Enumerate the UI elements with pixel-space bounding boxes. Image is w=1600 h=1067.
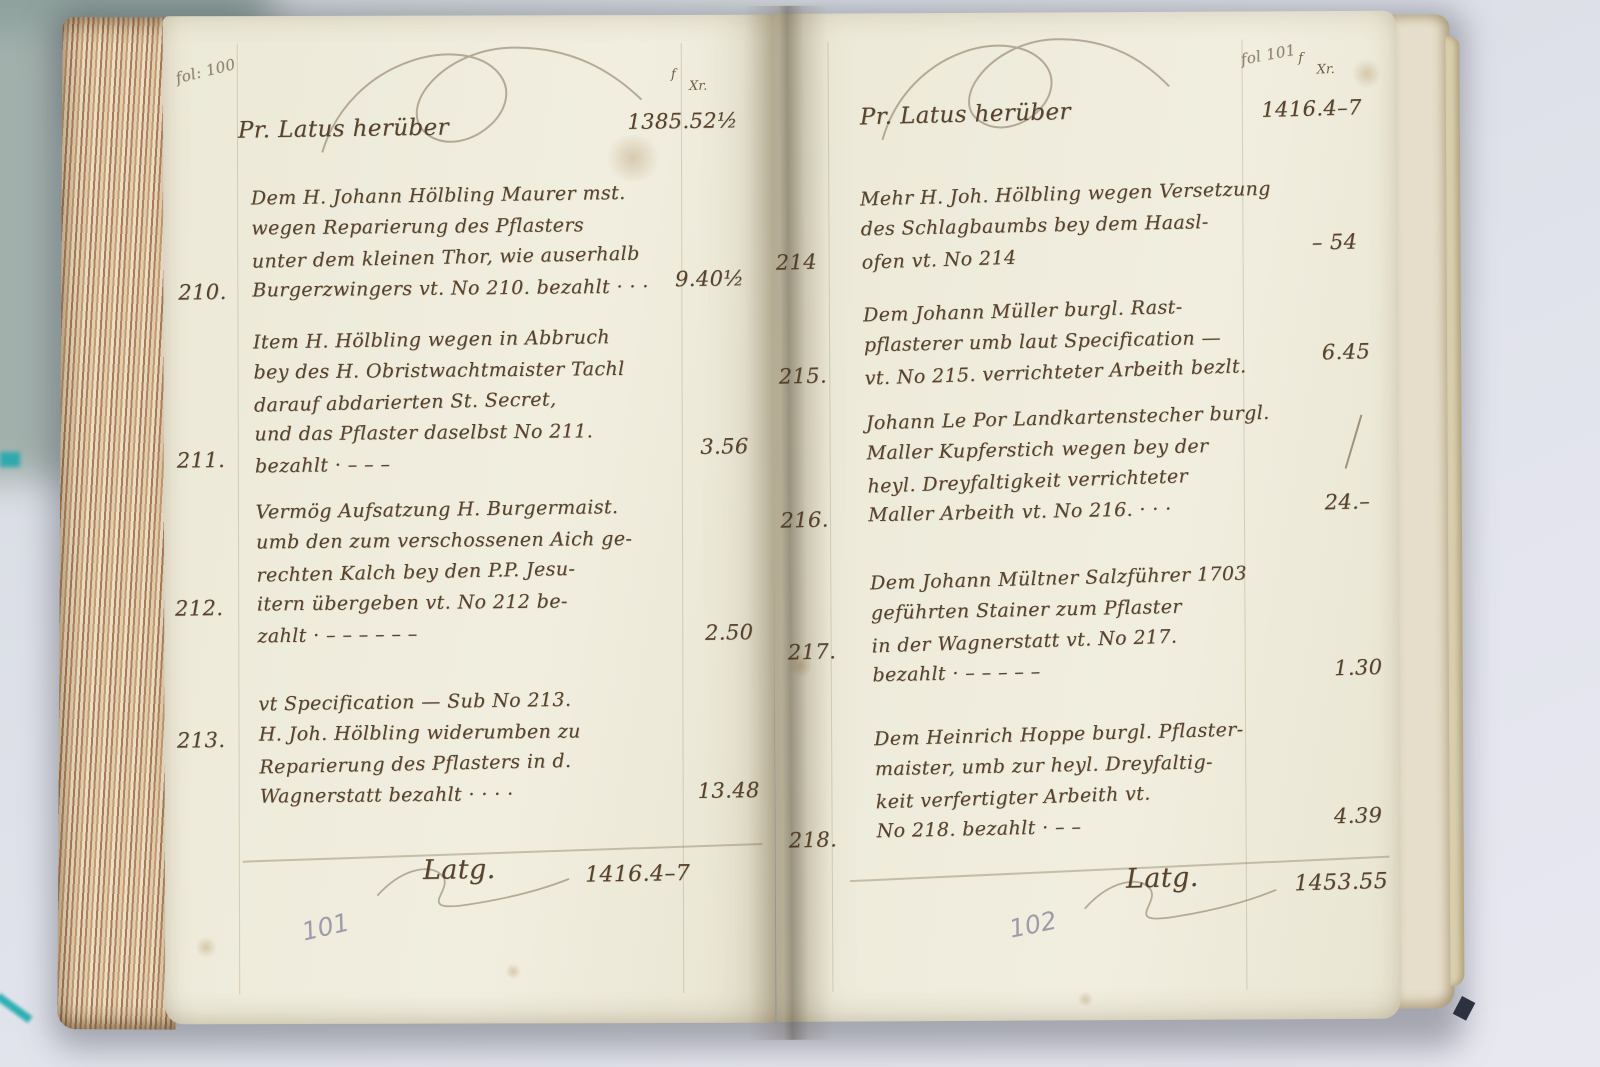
ledger-entry-210: 210. Dem H. Johann Hölbling Maurer mst. …: [163, 176, 775, 325]
handwriting-layer-right: fol 101 Pr. Latus herüber f Xr. 1416.4–7…: [767, 0, 1417, 1022]
ledger-entry-214: 214 Mehr H. Joh. Hölbling wegen Versetzu…: [772, 170, 1399, 296]
entry-amount: 9.40½: [675, 266, 744, 291]
kreuzer-head: Xr.: [689, 79, 707, 94]
entry-line: H. Joh. Hölbling widerumben zu: [259, 717, 581, 751]
entry-line: Vermög Aufsatzung H. Burgermaist.: [255, 492, 632, 529]
ledger-entry-217: 217. Dem Johann Mültner Salzführer 1703 …: [782, 554, 1409, 710]
entry-amount: 6.45: [1322, 339, 1371, 364]
book-gutter: [743, 6, 832, 1040]
entry-text: Dem H. Johann Hölbling Maurer mst. wegen…: [251, 178, 649, 308]
entry-text: Mehr H. Joh. Hölbling wegen Versetzung d…: [860, 174, 1273, 278]
entry-text: Johann Le Por Landkartenstecher burgl. M…: [865, 398, 1272, 533]
entry-line: Item H. Hölbling wegen in Abbruch: [253, 322, 624, 359]
entry-text: Item H. Hölbling wegen in Abbruch bey de…: [253, 322, 626, 482]
entry-amount: – 54: [1311, 229, 1357, 254]
carryover-row: Pr. Latus herüber f Xr. 1385.52½: [191, 78, 752, 176]
table-seam-mark: [0, 452, 20, 467]
carryover-row: Pr. Latus herüber f Xr. 1416.4–7: [829, 63, 1371, 167]
entry-line: bezahlt · – – – – –: [872, 652, 1250, 691]
carryover-label: Pr. Latus herüber: [238, 115, 449, 144]
entry-line: Dem H. Johann Hölbling Maurer mst.: [251, 178, 648, 215]
ledger-entry-211: 211. Item H. Hölbling wegen in Abbruch b…: [165, 320, 777, 499]
ledger-entry-218: 218. Dem Heinrich Hoppe burgl. Pflaster-…: [786, 710, 1413, 866]
entry-line: bezahlt · – – –: [255, 446, 626, 483]
ledger-page-right: fol 101 Pr. Latus herüber f Xr. 1416.4–7…: [771, 11, 1400, 1022]
cover-corner: [1453, 996, 1476, 1021]
page-sum-amount: 1416.4–7: [585, 861, 691, 888]
ledger-page-left: fol: 100 Pr. Latus herüber f Xr. 1385.52…: [163, 15, 776, 1025]
pencil-folio-number: 102: [1007, 906, 1060, 944]
currency-column-heads: f Xr.: [669, 67, 708, 95]
currency-column-heads: f Xr.: [1296, 50, 1335, 78]
entry-text: Dem Johann Mültner Salzführer 1703 gefüh…: [870, 558, 1250, 692]
entry-number: 211.: [177, 448, 226, 473]
page-sum-label: Latg.: [1125, 862, 1199, 895]
carryover-label: Pr. Latus herüber: [860, 99, 1072, 131]
entry-number: 212.: [175, 596, 224, 621]
ledger-entry-216: 216. Johann Le Por Landkartenstecher bur…: [778, 394, 1405, 550]
handwriting-layer-left: fol: 100 Pr. Latus herüber f Xr. 1385.52…: [160, 8, 785, 1025]
ledger-photo: fol: 100 Pr. Latus herüber f Xr. 1385.52…: [0, 0, 1600, 1067]
entry-number: 210.: [178, 280, 227, 305]
entry-text: Dem Johann Müller burgl. Rast- pflastere…: [863, 290, 1247, 393]
entry-line: zahlt · – – – – – –: [257, 616, 634, 653]
entry-amount: 24.–: [1324, 489, 1370, 514]
ledger-entry-215: 215. Dem Johann Müller burgl. Rast- pfla…: [775, 286, 1402, 412]
ledger-entry-212: 212. Vermög Aufsatzung H. Burgermaist. u…: [167, 490, 779, 669]
carryover-amount: 1385.52½: [627, 108, 738, 134]
ledger-entry-213: 213. vt Specification — Sub No 213. H. J…: [170, 682, 782, 831]
entry-text: vt Specification — Sub No 213. H. Joh. H…: [258, 685, 582, 814]
entry-text: Dem Heinrich Hoppe burgl. Pflaster- mais…: [874, 715, 1247, 849]
stray-pen-stroke: [1345, 415, 1363, 469]
table-seam-mark: [0, 993, 33, 1023]
entry-line: itern übergeben vt. No 212 be-: [257, 586, 633, 621]
entry-line: Reparierung des Pflasters in d.: [259, 746, 581, 784]
entry-line: No 218. bezahlt · – –: [876, 809, 1246, 848]
entry-amount: 3.56: [700, 434, 749, 459]
entry-line: vt Specification — Sub No 213.: [258, 685, 580, 721]
page-sum-amount: 1453.55: [1294, 869, 1388, 896]
open-ledger-book: fol: 100 Pr. Latus herüber f Xr. 1385.52…: [55, 0, 1464, 1052]
entry-number: 213.: [177, 728, 226, 753]
entry-line: Burgerzwingers vt. No 210. bezahlt · · ·: [252, 272, 649, 307]
entry-line: und das Pflaster daselbst No 211.: [254, 416, 625, 451]
carryover-amount: 1416.4–7: [1261, 95, 1362, 122]
folio-mark: fol: 100: [174, 55, 238, 87]
entry-text: Vermög Aufsatzung H. Burgermaist. umb de…: [255, 492, 633, 653]
entry-amount: 4.39: [1334, 803, 1383, 828]
page-sum-label: Latg.: [423, 854, 496, 886]
pencil-folio-number: 101: [299, 908, 352, 947]
entry-line: Wagnerstatt bezahlt · · · ·: [260, 779, 582, 813]
kreuzer-head: Xr.: [1316, 62, 1335, 77]
entry-amount: 1.30: [1334, 655, 1383, 680]
